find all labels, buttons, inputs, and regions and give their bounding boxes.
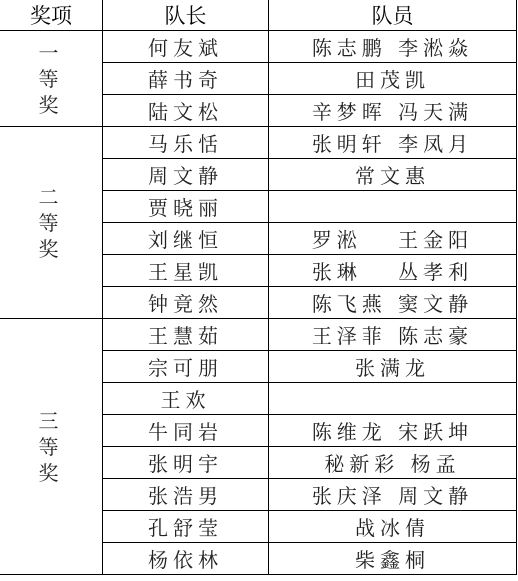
members-cell: 罗淞 王金阳 (269, 223, 517, 255)
award-char: 奖 (0, 236, 102, 262)
captain-cell: 孔舒莹 (103, 511, 269, 543)
award-char: 二 (0, 184, 102, 210)
members-cell: 秘新彩 杨孟 (269, 447, 517, 479)
header-award: 奖项 (0, 0, 103, 31)
header-members: 队员 (269, 0, 517, 31)
table-row: 一 等 奖 何友斌 陈志鹏 李淞焱 (0, 31, 517, 63)
award-first-prize: 一 等 奖 (0, 31, 103, 127)
table-row: 三 等 奖 王慧茹 王泽菲 陈志豪 (0, 319, 517, 351)
award-char: 等 (0, 66, 102, 92)
awards-table: 奖项 队长 队员 一 等 奖 何友斌 陈志鹏 李淞焱 薛书奇 田茂凯 陆文松 辛… (0, 0, 517, 575)
members-cell: 张满龙 (269, 351, 517, 383)
award-second-prize: 二 等 奖 (0, 127, 103, 319)
members-cell (269, 191, 517, 223)
captain-cell: 王慧茹 (103, 319, 269, 351)
members-cell: 陈飞燕 窦文静 (269, 287, 517, 319)
members-cell: 张琳 丛孝利 (269, 255, 517, 287)
award-char: 三 (0, 408, 102, 434)
captain-cell: 薛书奇 (103, 63, 269, 95)
members-cell: 战冰倩 (269, 511, 517, 543)
members-cell: 陈志鹏 李淞焱 (269, 31, 517, 63)
members-cell: 陈维龙 宋跃坤 (269, 415, 517, 447)
award-char: 等 (0, 434, 102, 460)
award-third-prize: 三 等 奖 (0, 319, 103, 575)
captain-cell: 张浩男 (103, 479, 269, 511)
table-row: 二 等 奖 马乐恬 张明轩 李凤月 (0, 127, 517, 159)
captain-cell: 陆文松 (103, 95, 269, 127)
award-char: 一 (0, 40, 102, 66)
members-cell: 柴鑫桐 (269, 543, 517, 575)
captain-cell: 刘继恒 (103, 223, 269, 255)
captain-cell: 钟竟然 (103, 287, 269, 319)
award-char: 等 (0, 210, 102, 236)
captain-cell: 张明宇 (103, 447, 269, 479)
captain-cell: 周文静 (103, 159, 269, 191)
captain-cell: 杨依林 (103, 543, 269, 575)
award-char: 奖 (0, 92, 102, 118)
captain-cell: 宗可朋 (103, 351, 269, 383)
members-cell: 张明轩 李凤月 (269, 127, 517, 159)
header-row: 奖项 队长 队员 (0, 0, 517, 31)
captain-cell: 王欢 (103, 383, 269, 415)
captain-cell: 王星凯 (103, 255, 269, 287)
captain-cell: 马乐恬 (103, 127, 269, 159)
members-cell: 辛梦晖 冯天满 (269, 95, 517, 127)
members-cell: 常文惠 (269, 159, 517, 191)
header-captain: 队长 (103, 0, 269, 31)
members-cell: 张庆泽 周文静 (269, 479, 517, 511)
award-char: 奖 (0, 460, 102, 486)
captain-cell: 牛同岩 (103, 415, 269, 447)
captain-cell: 贾晓丽 (103, 191, 269, 223)
members-cell: 王泽菲 陈志豪 (269, 319, 517, 351)
members-cell (269, 383, 517, 415)
members-cell: 田茂凯 (269, 63, 517, 95)
captain-cell: 何友斌 (103, 31, 269, 63)
